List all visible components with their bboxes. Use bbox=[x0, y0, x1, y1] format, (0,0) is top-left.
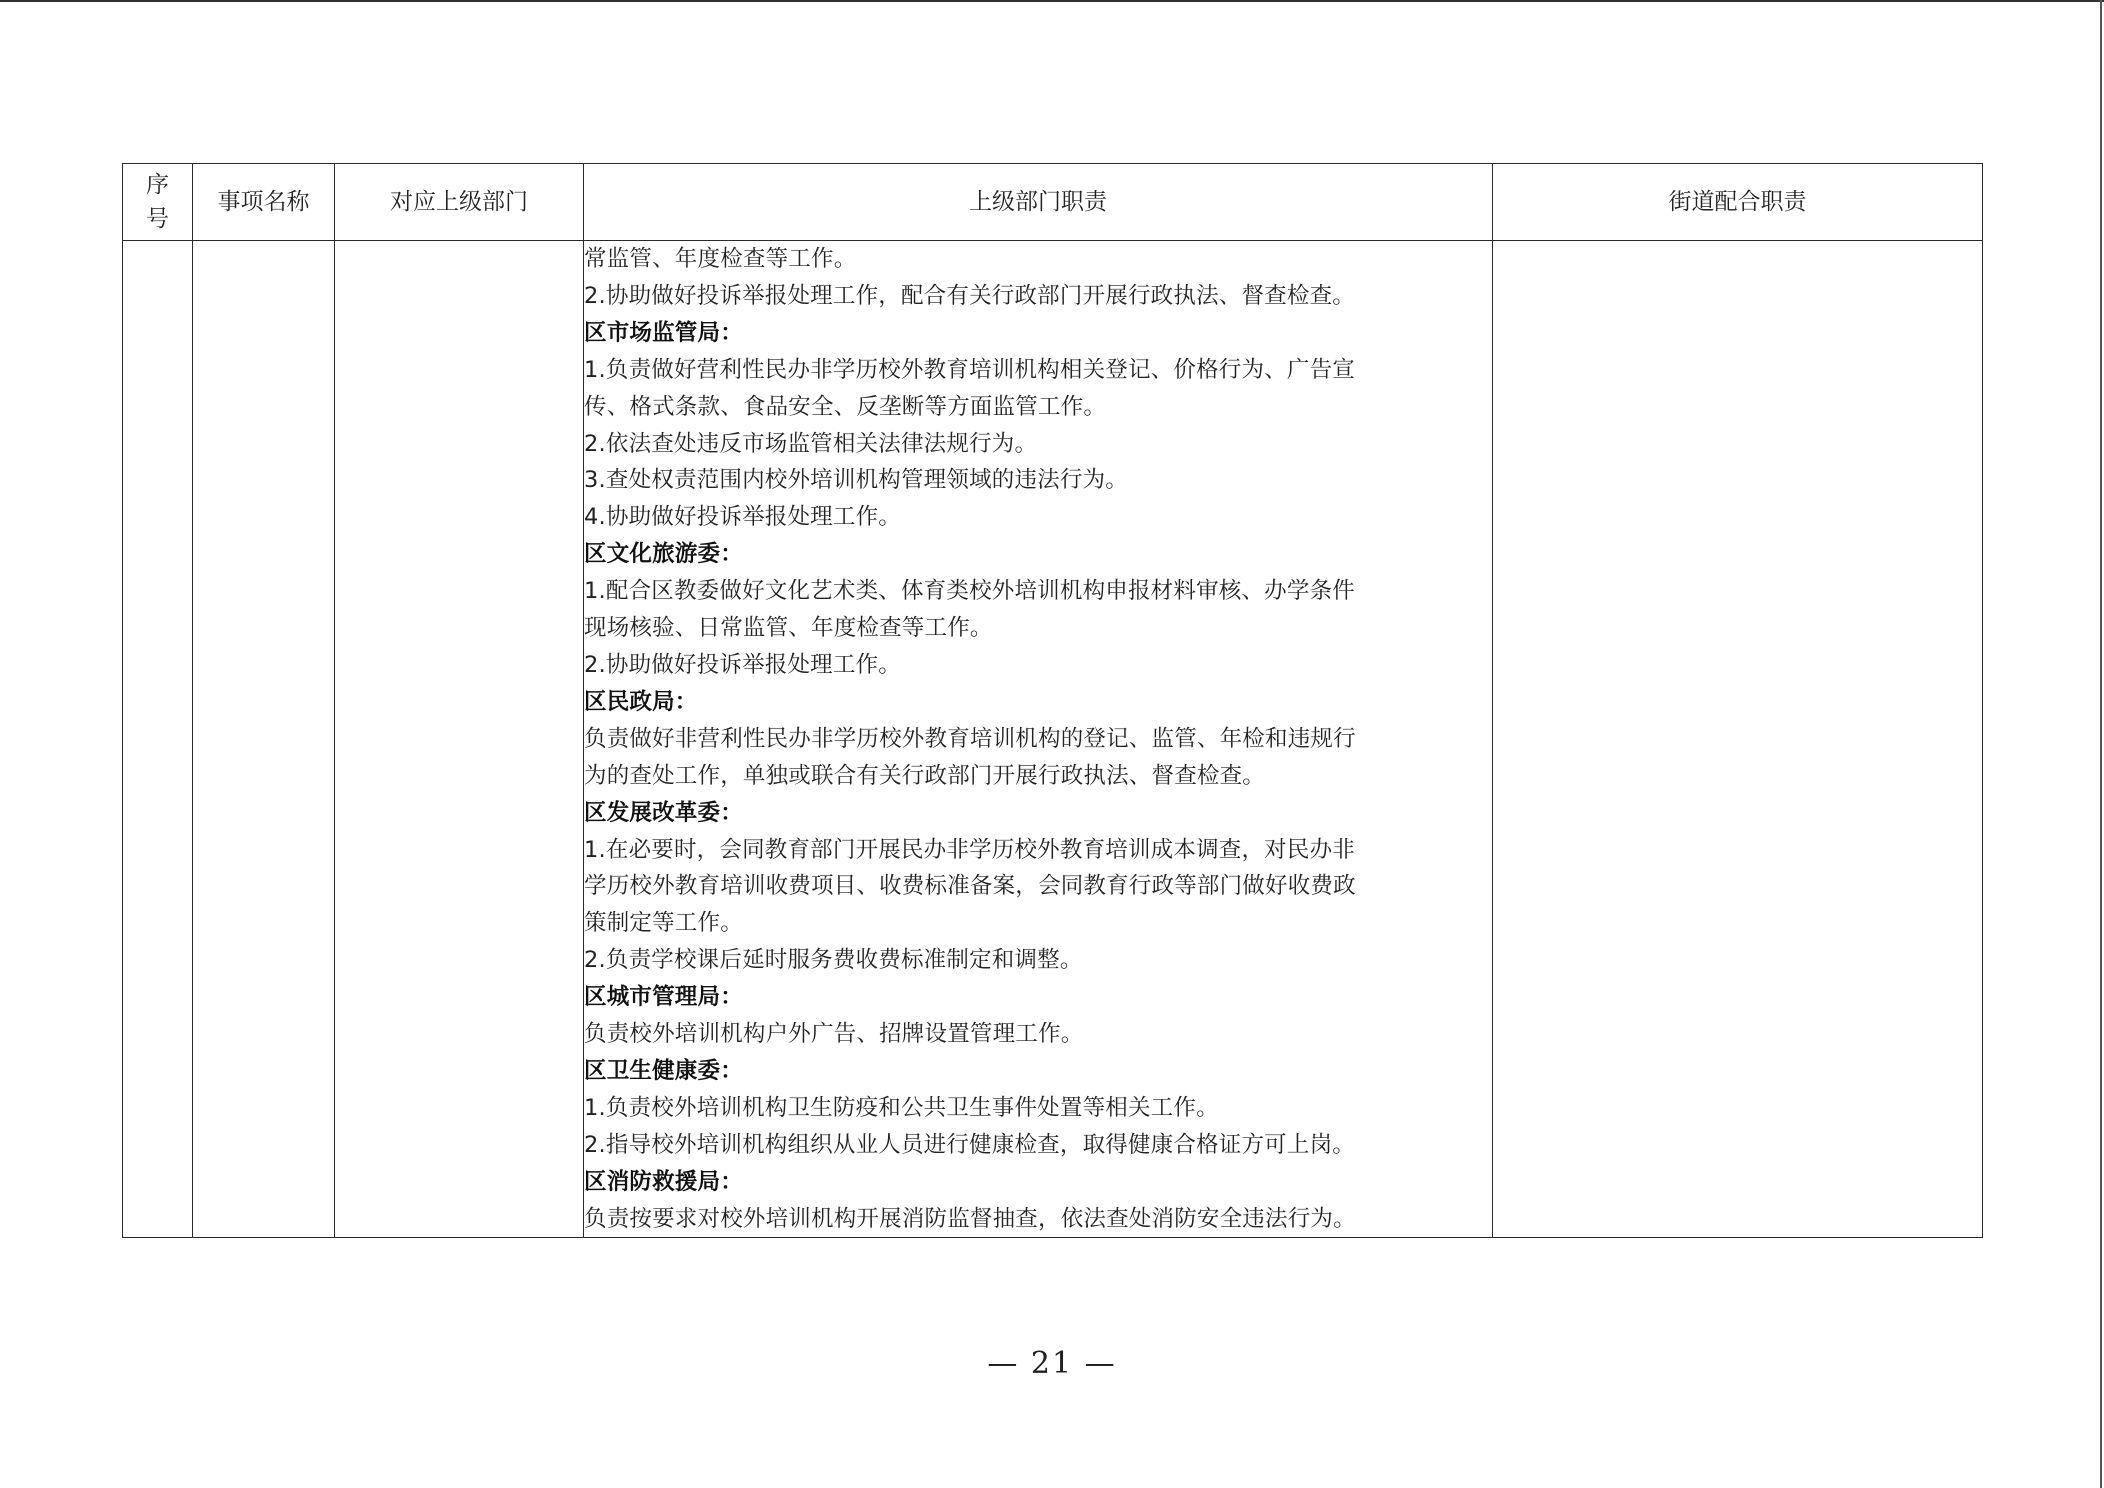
duty-text-line: 1.负责校外培训机构卫生防疫和公共卫生事件处置等相关工作。 bbox=[584, 1090, 1492, 1127]
header-seq-line1: 序 bbox=[123, 168, 192, 202]
header-street-duty: 街道配合职责 bbox=[1493, 164, 1983, 241]
header-seq-line2: 号 bbox=[123, 202, 192, 236]
responsibility-table: 序 号 事项名称 对应上级部门 上级部门职责 街道配合职责 常监管、年度检查等工… bbox=[122, 163, 1983, 1238]
duty-text-line: 常监管、年度检查等工作。 bbox=[584, 241, 1492, 278]
duty-text-line: 策制定等工作。 bbox=[584, 905, 1492, 942]
department-heading: 区发展改革委： bbox=[584, 795, 1492, 832]
duty-text-block: 常监管、年度检查等工作。2.协助做好投诉举报处理工作，配合有关行政部门开展行政执… bbox=[584, 241, 1492, 1237]
cell-street-duty bbox=[1493, 241, 1983, 1238]
table-body: 常监管、年度检查等工作。2.协助做好投诉举报处理工作，配合有关行政部门开展行政执… bbox=[123, 241, 1983, 1238]
department-heading: 区卫生健康委： bbox=[584, 1053, 1492, 1090]
cell-item-name bbox=[193, 241, 335, 1238]
department-heading: 区文化旅游委： bbox=[584, 536, 1492, 573]
duty-text-line: 现场核验、日常监管、年度检查等工作。 bbox=[584, 610, 1492, 647]
cell-superior-dept bbox=[335, 241, 584, 1238]
duty-text-line: 3.查处权责范围内校外培训机构管理领域的违法行为。 bbox=[584, 462, 1492, 499]
department-heading: 区消防救援局： bbox=[584, 1164, 1492, 1201]
duty-text-line: 为的查处工作，单独或联合有关行政部门开展行政执法、督查检查。 bbox=[584, 758, 1492, 795]
header-item-name: 事项名称 bbox=[193, 164, 335, 241]
page-top-edge bbox=[0, 0, 2104, 2]
department-heading: 区城市管理局： bbox=[584, 979, 1492, 1016]
table-row: 常监管、年度检查等工作。2.协助做好投诉举报处理工作，配合有关行政部门开展行政执… bbox=[123, 241, 1983, 1238]
duty-text-line: 负责按要求对校外培训机构开展消防监督抽查，依法查处消防安全违法行为。 bbox=[584, 1201, 1492, 1238]
table-header: 序 号 事项名称 对应上级部门 上级部门职责 街道配合职责 bbox=[123, 164, 1983, 241]
duty-text-line: 负责校外培训机构户外广告、招牌设置管理工作。 bbox=[584, 1016, 1492, 1053]
duty-text-line: 4.协助做好投诉举报处理工作。 bbox=[584, 499, 1492, 536]
header-row: 序 号 事项名称 对应上级部门 上级部门职责 街道配合职责 bbox=[123, 164, 1983, 241]
header-seq-number: 序 号 bbox=[123, 164, 193, 241]
duty-text-line: 学历校外教育培训收费项目、收费标准备案，会同教育行政等部门做好收费政 bbox=[584, 868, 1492, 905]
duty-text-line: 2.依法查处违反市场监管相关法律法规行为。 bbox=[584, 426, 1492, 463]
header-superior-dept: 对应上级部门 bbox=[335, 164, 584, 241]
page-number: — 21 — bbox=[0, 1346, 2104, 1381]
header-superior-duty: 上级部门职责 bbox=[584, 164, 1493, 241]
duty-text-line: 负责做好非营利性民办非学历校外教育培训机构的登记、监管、年检和违规行 bbox=[584, 721, 1492, 758]
department-heading: 区民政局： bbox=[584, 684, 1492, 721]
duty-text-line: 1.在必要时，会同教育部门开展民办非学历校外教育培训成本调查，对民办非 bbox=[584, 832, 1492, 869]
department-heading: 区市场监管局： bbox=[584, 315, 1492, 352]
cell-seq-number bbox=[123, 241, 193, 1238]
duty-text-line: 2.协助做好投诉举报处理工作。 bbox=[584, 647, 1492, 684]
page-right-edge bbox=[2100, 0, 2102, 1488]
cell-superior-duty: 常监管、年度检查等工作。2.协助做好投诉举报处理工作，配合有关行政部门开展行政执… bbox=[584, 241, 1493, 1238]
duty-text-line: 2.指导校外培训机构组织从业人员进行健康检查，取得健康合格证方可上岗。 bbox=[584, 1127, 1492, 1164]
duty-text-line: 1.负责做好营利性民办非学历校外教育培训机构相关登记、价格行为、广告宣 bbox=[584, 352, 1492, 389]
duty-text-line: 传、格式条款、食品安全、反垄断等方面监管工作。 bbox=[584, 389, 1492, 426]
duty-text-line: 2.协助做好投诉举报处理工作，配合有关行政部门开展行政执法、督查检查。 bbox=[584, 278, 1492, 315]
duty-text-line: 2.负责学校课后延时服务费收费标准制定和调整。 bbox=[584, 942, 1492, 979]
duty-text-line: 1.配合区教委做好文化艺术类、体育类校外培训机构申报材料审核、办学条件 bbox=[584, 573, 1492, 610]
